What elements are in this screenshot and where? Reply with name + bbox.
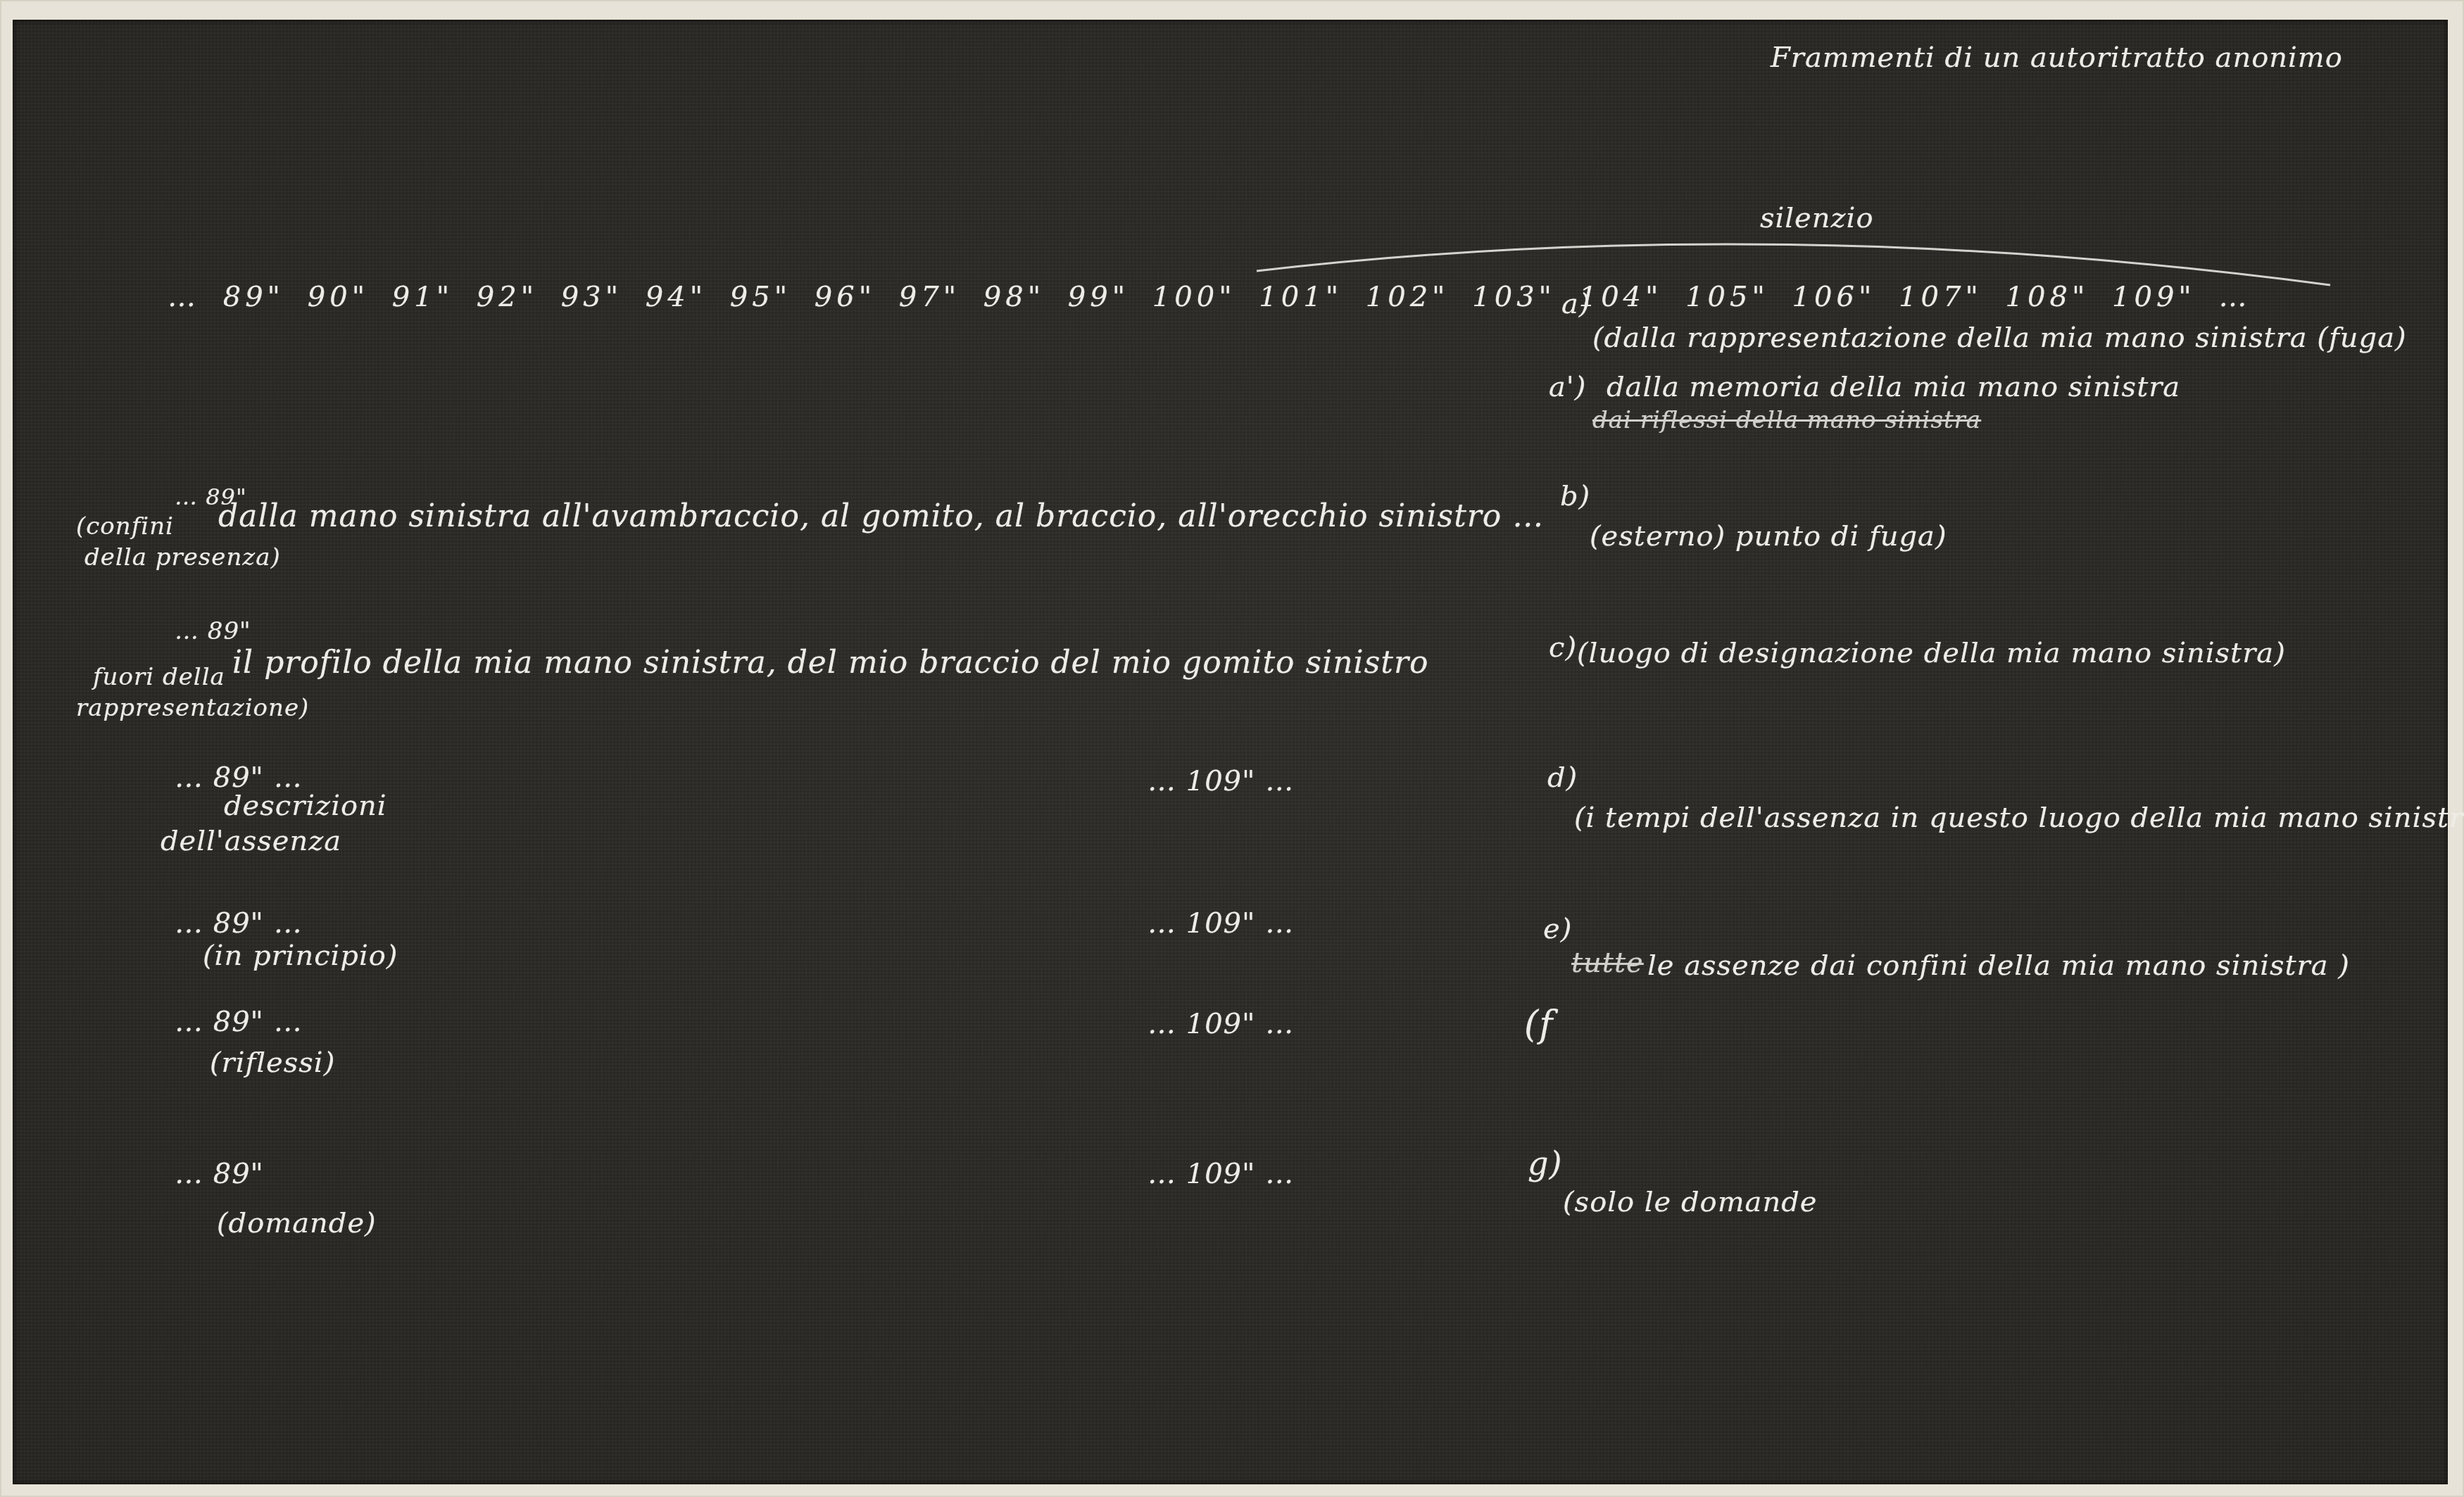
artwork-title: Frammenti di un autoritratto anonimo (1771, 44, 2343, 72)
item-a-label: a) (1561, 290, 1590, 318)
item-d-label: d) (1547, 764, 1578, 792)
entry-5-marker: … 89" … (175, 1008, 303, 1036)
item-f-label: (f (1524, 1006, 1554, 1043)
item-a-prime-text: dalla memoria della mia mano sinistra (1607, 373, 2180, 401)
item-c-label: c) (1549, 633, 1577, 662)
entry-2-text: il profilo della mia mano sinistra, del … (232, 648, 1428, 678)
silence-heading: silenzio (1760, 204, 1874, 232)
entry-4-end-marker: … 109" … (1148, 909, 1294, 937)
entry-5-text: (riflessi) (210, 1049, 335, 1077)
entry-1-side-note-line2: della presenza) (84, 543, 281, 571)
item-a-text: (dalla rappresentazione della mia mano s… (1592, 324, 2407, 352)
entry-2-marker: … 89" (175, 619, 251, 643)
entry-3-end-marker: … 109" … (1148, 767, 1294, 795)
item-e-struck-prefix: tutte (1571, 949, 1644, 977)
entry-3-text-line1: descrizioni (224, 792, 387, 820)
entry-6-marker: … 89" (175, 1160, 264, 1188)
entry-5-end-marker: … 109" … (1148, 1010, 1294, 1038)
entry-2-side-note-line2: rappresentazione) (76, 694, 309, 722)
entry-6-end-marker: … 109" … (1148, 1160, 1294, 1188)
entry-1-side-note-line1: (confini (76, 512, 174, 541)
entry-3-marker: … 89" … (175, 764, 303, 792)
silence-arc-line (0, 0, 2464, 1497)
sequence-row: … 89" 90" 91" 92" 93" 94" 95" 96" 97" 98… (168, 283, 2251, 311)
item-a-prime-struck-text: dai riflessi della mano sinistra (1592, 408, 1981, 432)
item-e-label: e) (1543, 915, 1572, 943)
item-d-text: (i tempi dell'assenza in questo luogo de… (1574, 804, 2464, 832)
entry-4-marker: … 89" … (175, 909, 303, 937)
item-c-text: (luogo di designazione della mia mano si… (1577, 639, 2286, 667)
item-b-text: (esterno) punto di fuga) (1590, 522, 1947, 550)
item-g-label: g) (1528, 1147, 1562, 1180)
entry-1-text: dalla mano sinistra all'avambraccio, al … (218, 501, 1544, 532)
entry-2-side-note-line1: fuori della (93, 663, 225, 691)
item-e-text: le assenze dai confini della mia mano si… (1647, 952, 2350, 980)
entry-6-text: (domande) (217, 1209, 377, 1237)
entry-3-text-line2: dell'assenza (161, 827, 341, 855)
entry-4-text: (in principio) (203, 942, 398, 970)
item-a-prime-label: a') (1549, 373, 1586, 401)
item-g-text: (solo le domande (1563, 1188, 1818, 1216)
item-b-label: b) (1560, 482, 1590, 510)
